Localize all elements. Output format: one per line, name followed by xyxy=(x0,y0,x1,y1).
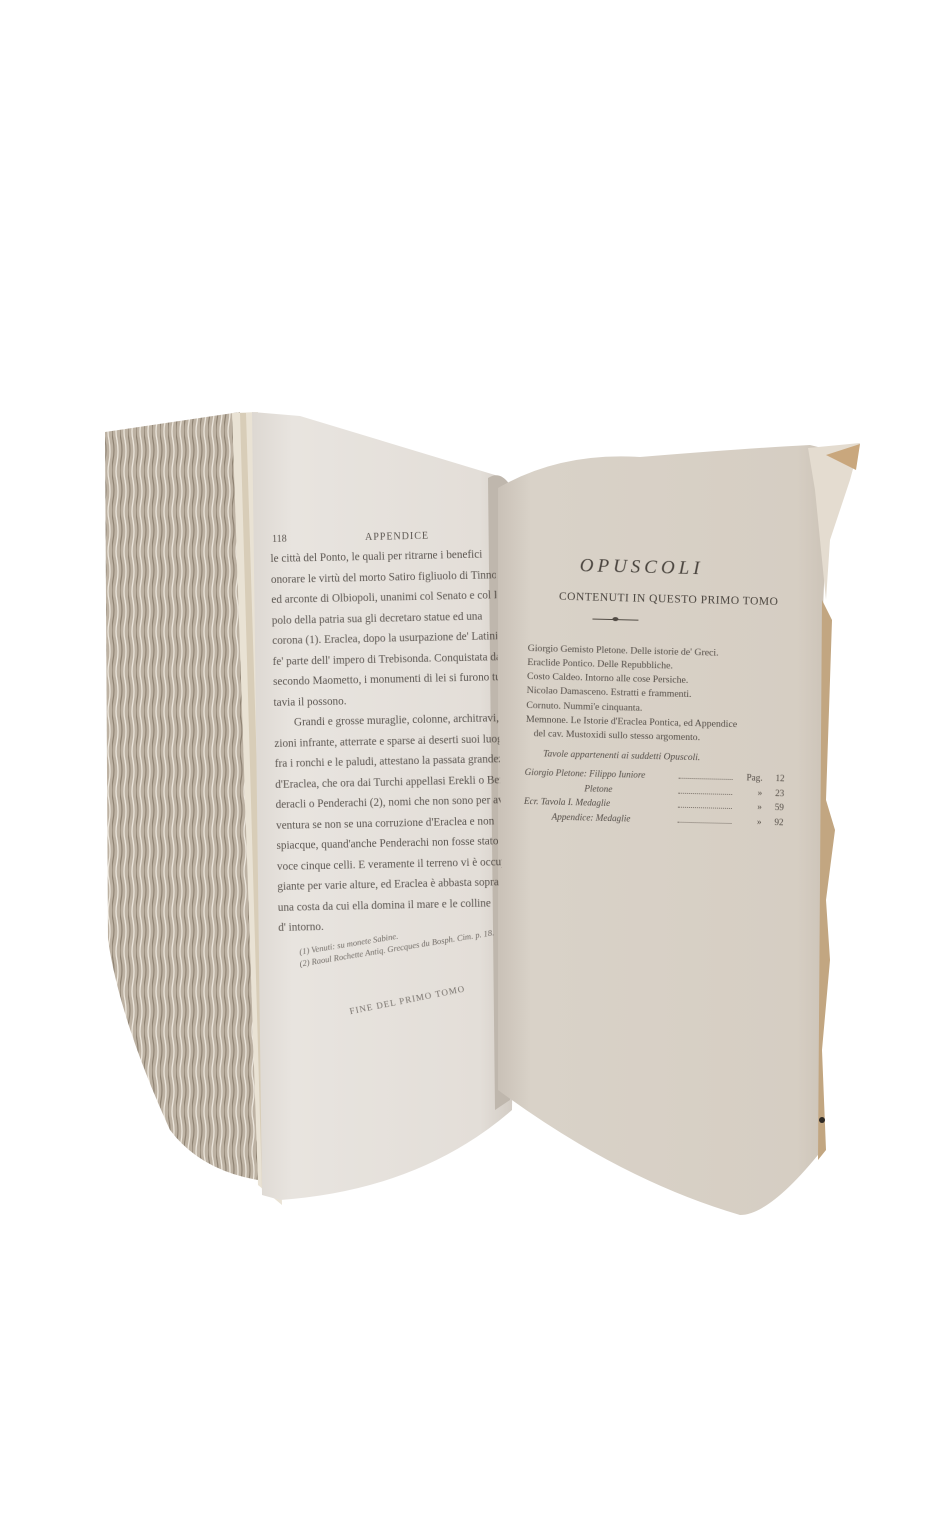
contents-list: Giorgio Gemisto Pletone. Delle istorie d… xyxy=(525,641,787,747)
dot-leader xyxy=(679,778,733,780)
plate-page: 92 xyxy=(761,814,783,829)
plates-list: Giorgio Pletone: Filippo Iuniore Pag. 12… xyxy=(523,765,784,829)
plate-prefix: » xyxy=(737,814,761,829)
page-number: 118 xyxy=(272,535,287,545)
footnotes: (1) Venuti: su monete Sabine. (2) Raoul … xyxy=(279,944,504,973)
plate-label: Appendice: Medaglie xyxy=(523,809,673,827)
page-title: OPUSCOLI xyxy=(529,555,790,589)
dot-leader xyxy=(678,807,732,809)
plate-prefix: Pag. xyxy=(738,770,762,785)
plate-page: 12 xyxy=(762,771,784,786)
dot-leader xyxy=(678,792,732,794)
plate-page: 23 xyxy=(762,785,784,800)
running-title: APPENDICE xyxy=(365,532,429,543)
photo-scene: 118 APPENDICE le città del Ponto, le qua… xyxy=(0,0,932,1538)
left-page-text: 118 APPENDICE le città del Ponto, le qua… xyxy=(270,530,504,975)
dot-leader xyxy=(678,821,732,823)
ornamental-rule xyxy=(592,618,638,620)
plates-caption: Tavole appartenenti ai suddetti Opuscoli… xyxy=(525,750,785,766)
page-subtitle: CONTENUTI IN QUESTO PRIMO TOMO xyxy=(529,591,789,609)
plate-page: 59 xyxy=(762,800,784,815)
plate-prefix: » xyxy=(738,799,762,814)
page-edges xyxy=(105,412,258,1180)
plate-prefix: » xyxy=(738,785,762,800)
right-page-text: OPUSCOLI CONTENUTI IN QUESTO PRIMO TOMO … xyxy=(523,555,790,861)
